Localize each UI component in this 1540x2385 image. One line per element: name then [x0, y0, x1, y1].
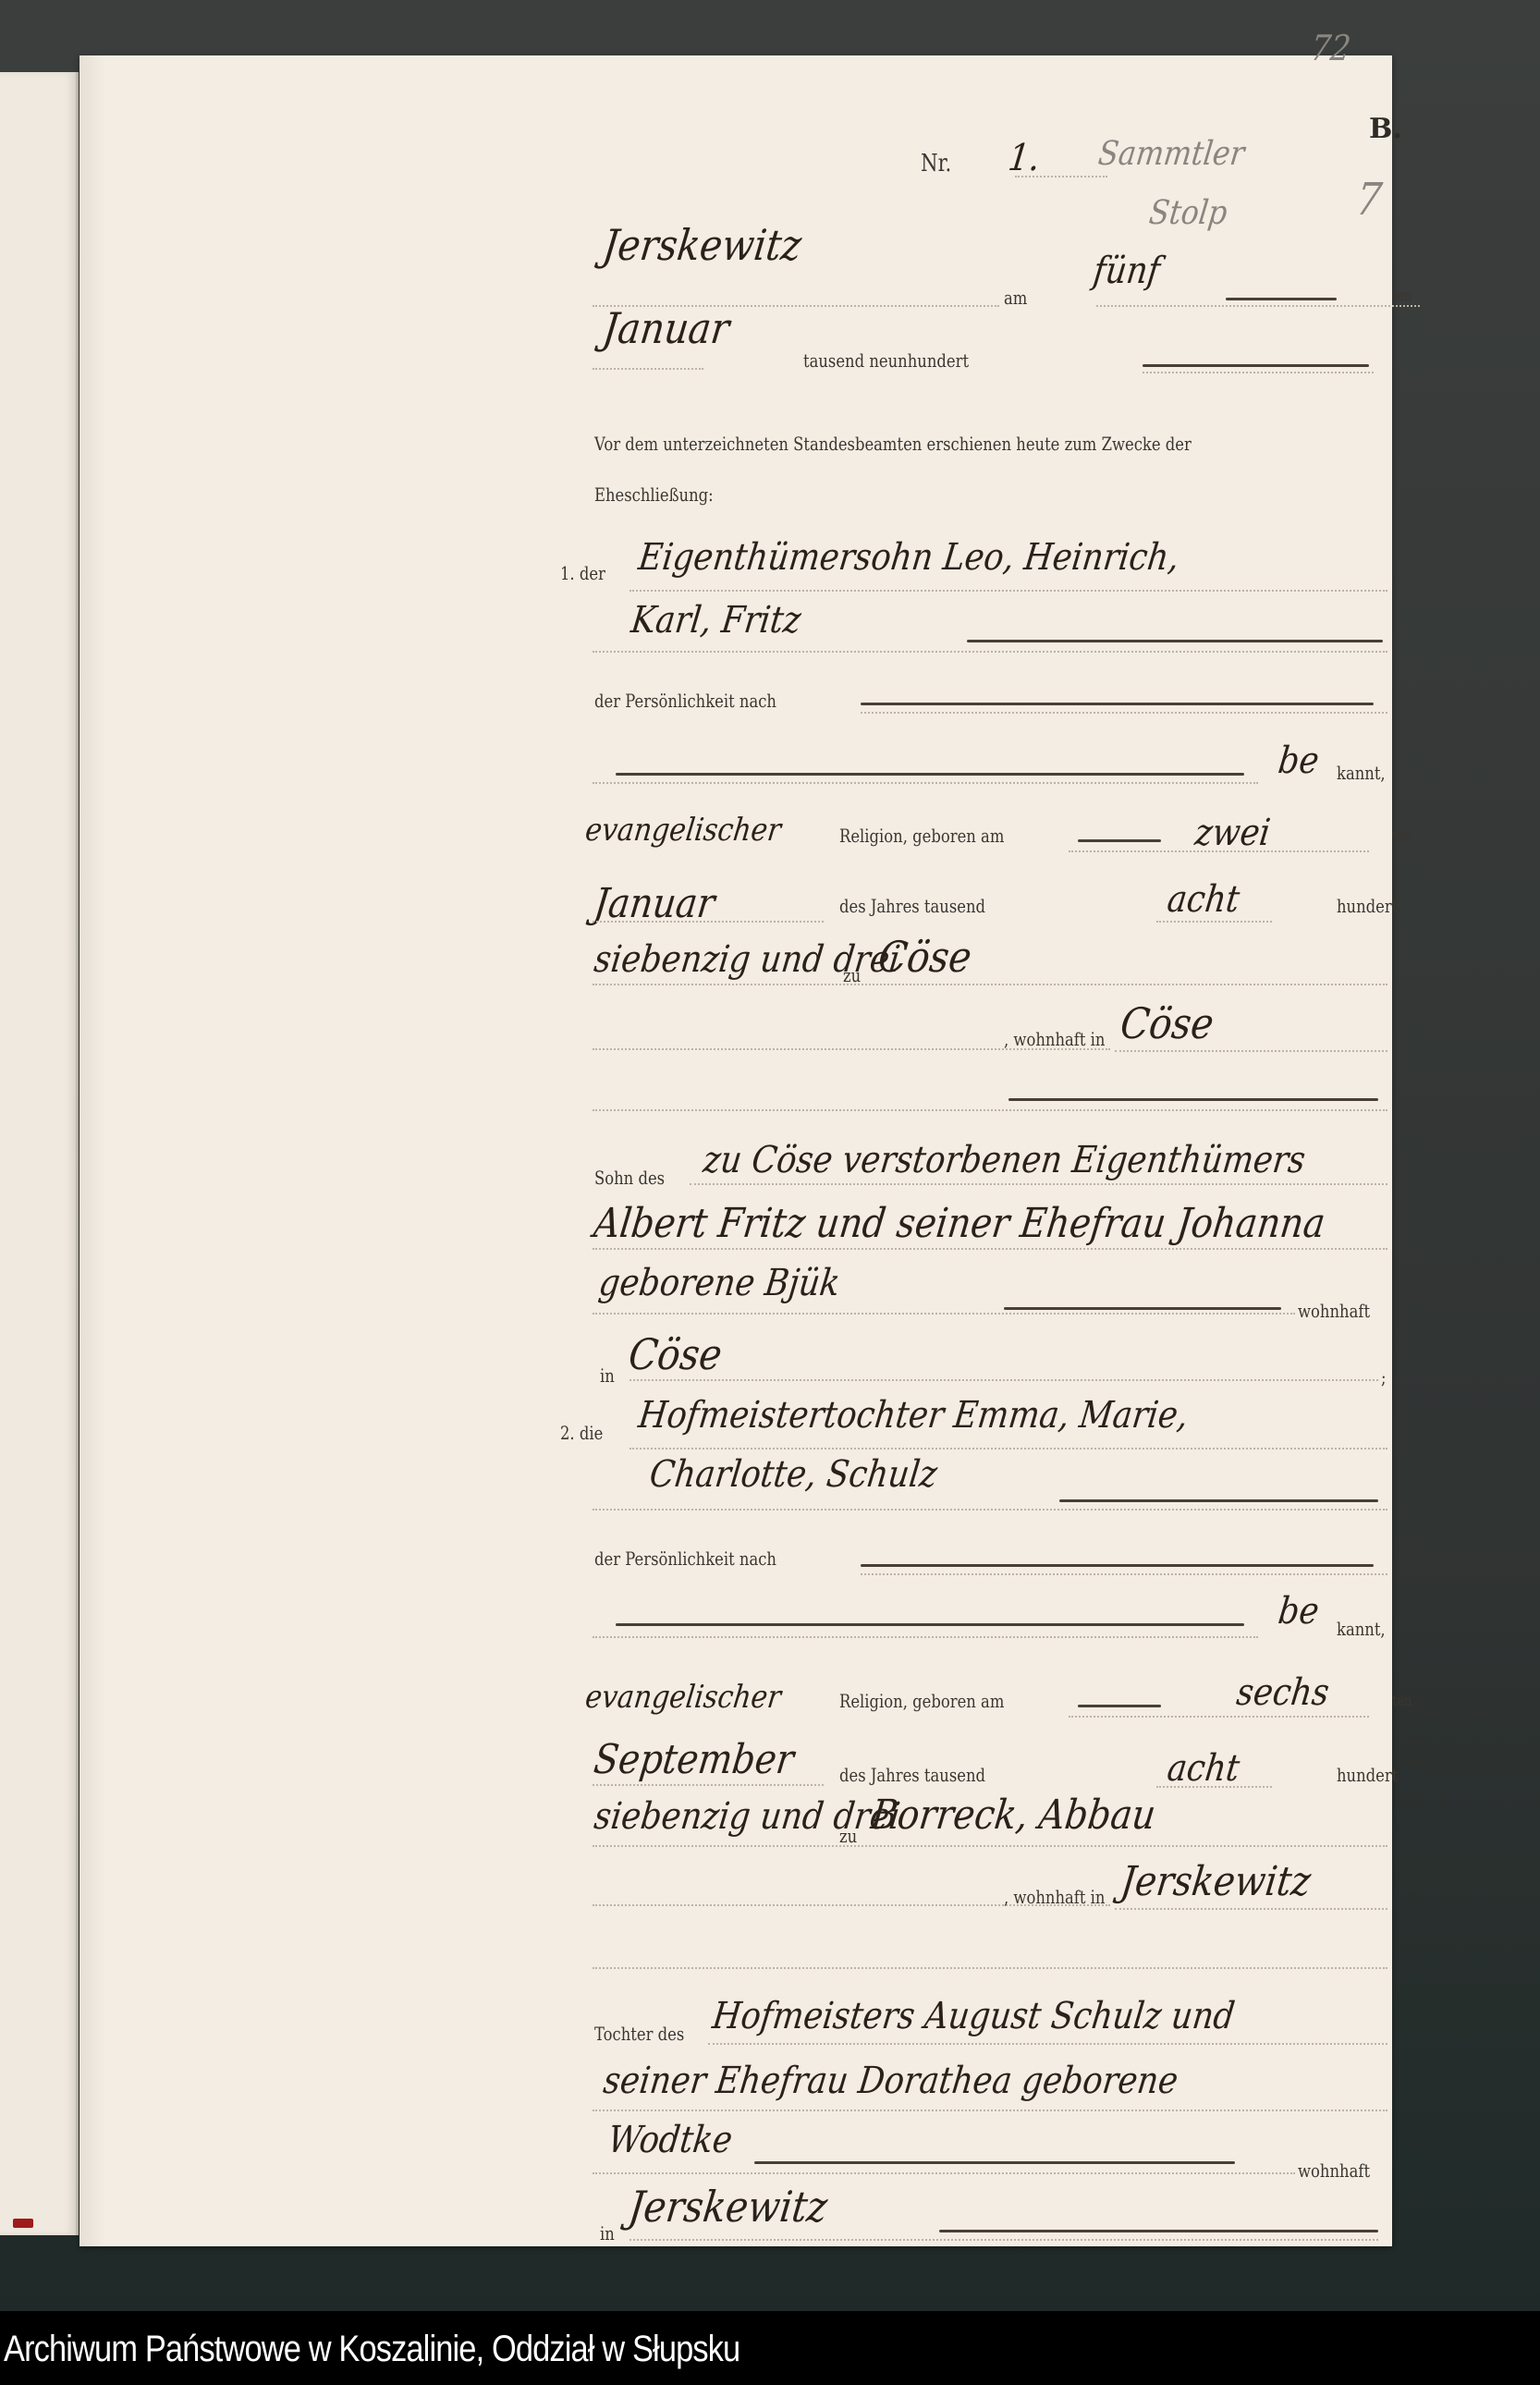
folio-number: 72 — [1309, 28, 1353, 68]
bride-parents-line-1: Hofmeisters August Schulz und — [710, 1995, 1237, 2037]
bride-religion: evangelischer — [583, 1679, 783, 1716]
pencil-note-name: Sammtler — [1096, 135, 1247, 173]
groom-birth-day: zwei — [1192, 812, 1272, 854]
groom-birthplace: Cöse — [875, 932, 974, 982]
groom-parents-line-3: geborene Bjük — [596, 1262, 842, 1304]
registry-place: Jerskewitz — [600, 220, 804, 270]
bride-parent-label: Tochter des — [594, 2023, 684, 2045]
bride-religion-label: Religion, geboren am — [839, 1690, 1004, 1712]
day-suffix: ten — [1392, 287, 1412, 304]
groom-parents-in-label: in — [600, 1364, 615, 1387]
groom-religion: evangelischer — [583, 812, 783, 849]
record-number: 1. — [1006, 137, 1042, 179]
register-page: 72 B. Sammtler Stolp 7 Nr. 1. Jerskewitz… — [79, 55, 1392, 2246]
bride-birth-month: September — [592, 1736, 797, 1783]
intro-line-1: Vor dem unterzeichneten Standesbeamten e… — [594, 433, 1192, 455]
bride-residence-label: , wohnhaft in — [1004, 1886, 1105, 1908]
bride-birth-day: sechs — [1234, 1671, 1331, 1714]
year-label: tausend neunhundert — [803, 349, 969, 372]
intro-line-2: Eheschließung: — [594, 483, 714, 506]
marriage-month: Januar — [600, 303, 732, 353]
bride-name-line-2: Charlotte, Schulz — [647, 1453, 939, 1496]
groom-occupation-name: Eigenthümersohn Leo, Heinrich, — [636, 536, 1181, 579]
bride-birthplace: Borreck, Abbau — [869, 1792, 1158, 1839]
bride-occupation-name: Hofmeistertochter Emma, Marie, — [636, 1394, 1191, 1437]
bride-parents-line-3: Wodtke — [605, 2119, 735, 2161]
bride-hundred-label: hundert — [1337, 1764, 1398, 1786]
bride-parents-in-label: in — [600, 2222, 615, 2244]
groom-index: 1. der — [560, 562, 605, 584]
pencil-note-number: 7 — [1353, 174, 1385, 226]
pencil-note-place: Stolp — [1147, 194, 1229, 232]
bride-known-suffix: kannt, — [1337, 1618, 1386, 1640]
groom-parents-line-2: Albert Fritz und seiner Ehefrau Johanna — [592, 1200, 1328, 1247]
record-number-label: Nr. — [921, 150, 951, 177]
groom-name-line-2: Karl, Fritz — [629, 599, 803, 642]
bride-residence: Jerskewitz — [1118, 1858, 1314, 1905]
binding-ribbon — [13, 2219, 33, 2228]
bride-index: 2. die — [560, 1422, 603, 1444]
groom-known-prefix: be — [1276, 740, 1321, 782]
groom-end-punct: ; — [1381, 1366, 1387, 1388]
bride-parents-residence-label: wohnhaft — [1298, 2159, 1370, 2182]
groom-birth-century: acht — [1165, 878, 1241, 921]
form-letter: B. — [1369, 113, 1402, 145]
groom-birth-day-suffix: ten — [1392, 826, 1412, 844]
groom-parents-residence: Cöse — [626, 1329, 725, 1379]
groom-hundred-label: hundert — [1337, 895, 1398, 917]
groom-known-suffix: kannt, — [1337, 762, 1386, 784]
facing-page-edge — [0, 72, 79, 2235]
bride-parents-line-2: seiner Ehefrau Dorathea geborene — [601, 2060, 1180, 2102]
marriage-day: fünf — [1091, 250, 1162, 292]
groom-religion-label: Religion, geboren am — [839, 825, 1004, 847]
archive-caption: Archiwum Państwowe w Koszalinie, Oddział… — [4, 2329, 739, 2369]
groom-parent-label: Sohn des — [594, 1167, 665, 1189]
bride-birth-year-label: des Jahres tausend — [839, 1764, 985, 1786]
groom-identity-label: der Persönlichkeit nach — [594, 690, 776, 712]
bride-birthplace-label: zu — [839, 1825, 857, 1847]
groom-birth-year-label: des Jahres tausend — [839, 895, 985, 917]
bride-birth-century: acht — [1165, 1747, 1241, 1790]
groom-parents-residence-label: wohnhaft — [1298, 1300, 1370, 1322]
bride-known-prefix: be — [1276, 1590, 1321, 1633]
groom-parents-line-1: zu Cöse verstorbenen Eigenthümers — [701, 1139, 1307, 1181]
bride-birth-day-suffix: ten — [1392, 1692, 1412, 1709]
am-label: am — [1004, 287, 1027, 309]
bride-identity-label: der Persönlichkeit nach — [594, 1547, 776, 1570]
groom-residence-label: , wohnhaft in — [1004, 1028, 1105, 1050]
groom-residence: Cöse — [1118, 998, 1216, 1048]
bride-parents-residence: Jerskewitz — [626, 2182, 830, 2232]
